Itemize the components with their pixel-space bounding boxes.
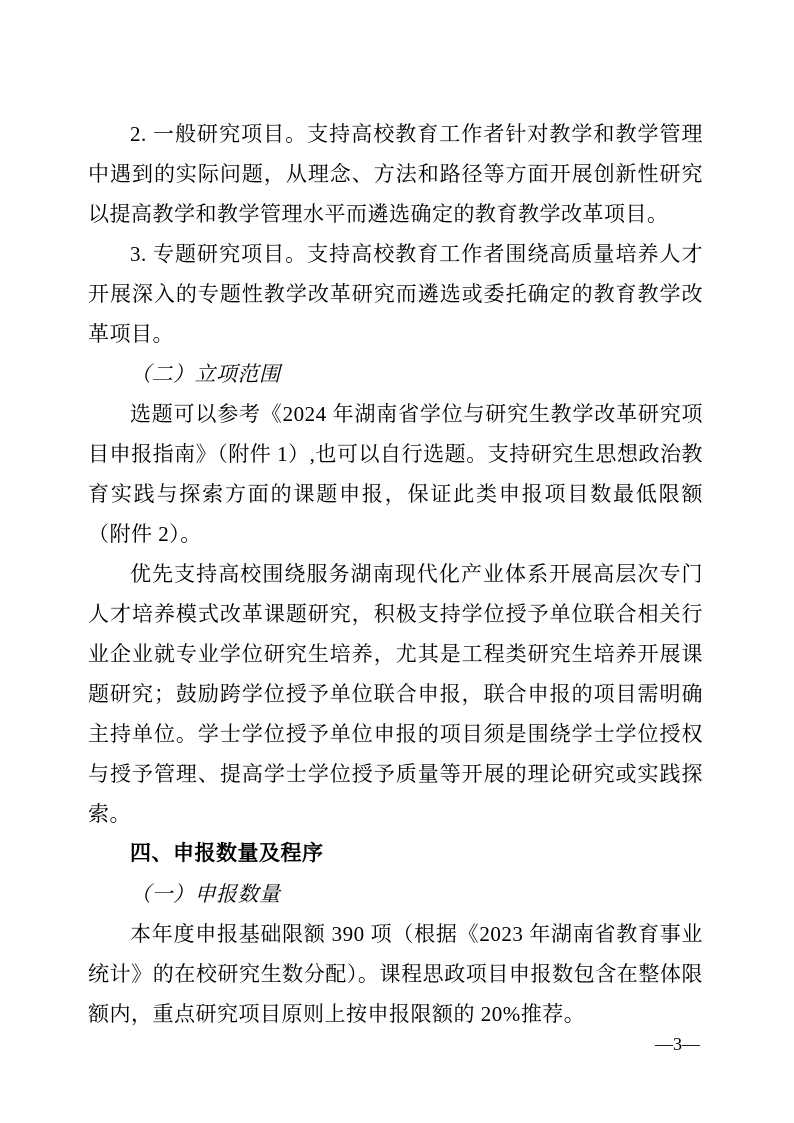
heading-project-scope: （二）立项范围 — [88, 354, 703, 394]
paragraph-topic-selection: 选题可以参考《2024 年湖南省学位与研究生教学改革研究项目申报指南》（附件 1… — [88, 394, 703, 554]
page-number: —3— — [655, 1033, 700, 1055]
document-body: 2. 一般研究项目。支持高校教育工作者针对教学和教学管理中遇到的实际问题，从理念… — [88, 114, 703, 1034]
paragraph-priority-support: 优先支持高校围绕服务湖南现代化产业体系开展高层次专门人才培养模式改革课题研究，积… — [88, 554, 703, 834]
paragraph-general-research-project: 2. 一般研究项目。支持高校教育工作者针对教学和教学管理中遇到的实际问题，从理念… — [88, 114, 703, 234]
document-page: 2. 一般研究项目。支持高校教育工作者针对教学和教学管理中遇到的实际问题，从理念… — [0, 0, 794, 1123]
heading-application-quantity: （一）申报数量 — [88, 874, 703, 914]
paragraph-special-research-project: 3. 专题研究项目。支持高校教育工作者围绕高质量培养人才开展深入的专题性教学改革… — [88, 234, 703, 354]
paragraph-annual-quota: 本年度申报基础限额 390 项（根据《2023 年湖南省教育事业统计》的在校研究… — [88, 914, 703, 1034]
heading-application-quantity-and-procedure: 四、申报数量及程序 — [88, 834, 703, 874]
